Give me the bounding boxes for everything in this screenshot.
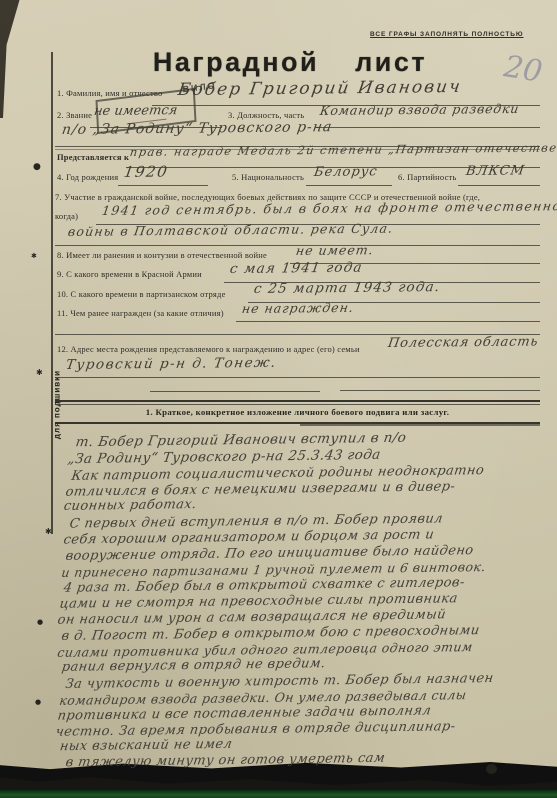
party-label: 6. Партийность xyxy=(398,172,457,182)
ink-blot xyxy=(486,764,497,774)
partisan-since-value: с 25 марта 1943 года. xyxy=(253,279,442,297)
rule-line xyxy=(118,185,208,186)
margin-mark: ● xyxy=(35,698,41,706)
red-army-since-value: с мая 1941 года xyxy=(229,260,364,277)
address-value-2: Туровский р-н д. Тонеж. xyxy=(65,355,278,373)
margin-mark: ● xyxy=(33,162,41,172)
previous-awards-label: 11. Чем ранее награжден (за какие отличи… xyxy=(57,308,224,318)
rank-field-label: 2. Звание xyxy=(57,110,92,120)
birth-year-label: 4. Год рождения xyxy=(57,172,118,182)
margin-mark: ● xyxy=(37,618,43,626)
partisan-since-label: 10. С какого времени в партизанском отря… xyxy=(57,289,226,299)
wounds-label: 8. Имеет ли ранения и контузии в отечест… xyxy=(57,250,267,260)
nationality-label: 5. Национальность xyxy=(232,172,304,182)
form-title: Наградной лист xyxy=(120,47,460,78)
war-participation-label-2: когда) xyxy=(55,211,78,221)
position-field-value-2: п/о „За Родину“ Туровского р-на xyxy=(61,119,334,138)
party-value: ВЛКСМ xyxy=(465,163,526,179)
surname-field-value: Бобер Григорий Иванович xyxy=(177,77,464,100)
rule-line xyxy=(340,390,540,391)
wounds-value: не имеет. xyxy=(295,242,375,258)
presented-label: Представляется к xyxy=(57,152,129,162)
narrative-line: сионных работах. xyxy=(63,497,198,514)
rule-line xyxy=(316,127,540,128)
nationality-value: Белорус xyxy=(313,164,379,180)
position-field-value: Командир взвода разведки xyxy=(319,101,521,118)
previous-awards-value: не награжден. xyxy=(241,300,355,316)
green-scanner-strip xyxy=(0,790,557,798)
fill-all-columns-note: Все графы заполнять полностью xyxy=(370,31,542,38)
margin-mark: ✱ xyxy=(31,252,37,260)
address-value-1: Полесская область xyxy=(387,334,539,351)
section-2-heading: 1. Краткое, конкретное изложение личного… xyxy=(55,407,540,417)
narrative-line: в тяжелую минуту он готов умереть сам xyxy=(65,751,387,770)
separator-rule xyxy=(55,400,540,402)
rule-line xyxy=(236,321,540,322)
margin-mark: ✱ xyxy=(36,368,43,377)
separator-rule xyxy=(300,424,540,426)
narrative-line: ных взысканий не имел xyxy=(59,737,234,754)
rule-line xyxy=(55,377,540,378)
award-sheet-scan: Все графы заполнять полностью Наградной … xyxy=(0,0,557,798)
rule-line xyxy=(458,185,540,186)
separator-rule xyxy=(55,404,540,405)
margin-mark: ✱ xyxy=(45,527,52,536)
address-label: 12. Адрес места рождения представляемого… xyxy=(57,344,360,354)
rule-line xyxy=(150,391,320,392)
red-army-since-label: 9. С какого времени в Красной Армии xyxy=(57,269,202,279)
left-form-rule xyxy=(51,52,53,534)
rule-line xyxy=(306,185,392,186)
birth-year-value: 1920 xyxy=(123,163,170,181)
page-number-pencil: 20 xyxy=(501,49,544,90)
position-field-label: 3. Должность, часть xyxy=(228,110,304,120)
